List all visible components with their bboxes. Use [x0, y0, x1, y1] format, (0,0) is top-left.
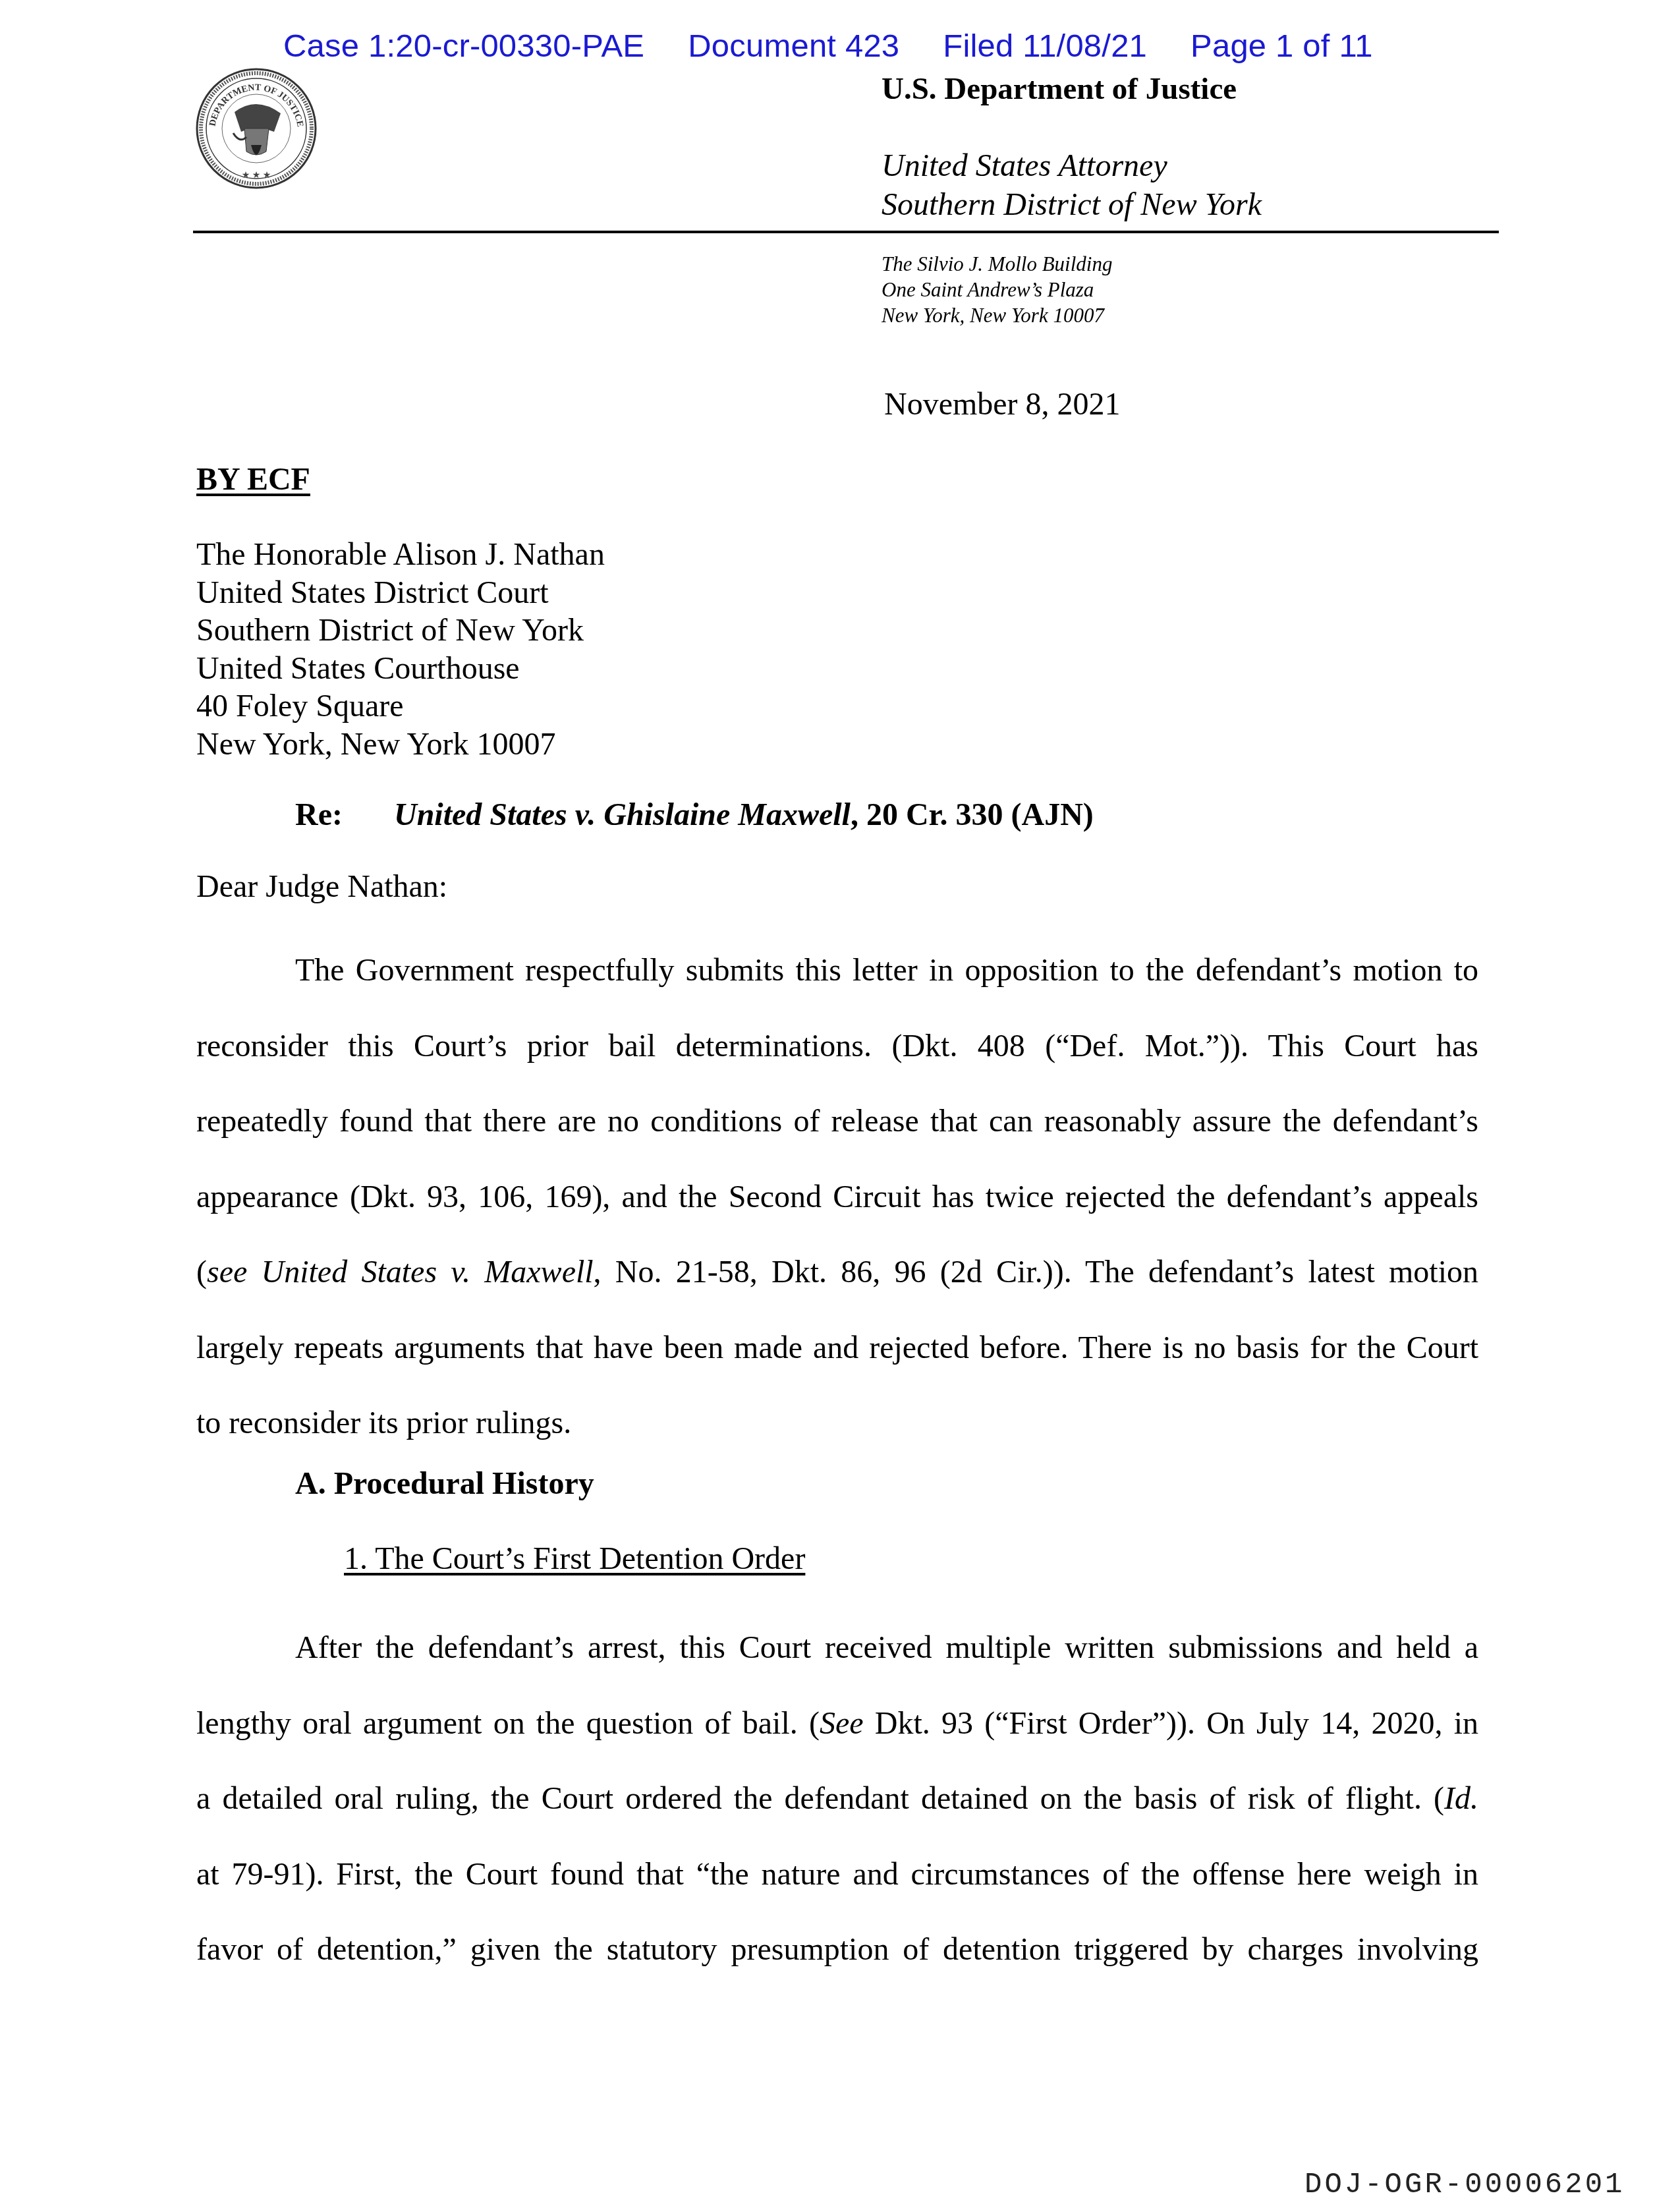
filed-date: Filed 11/08/21 [943, 28, 1147, 65]
text-line: lengthy oral argument on the question of… [196, 1686, 1478, 1762]
text-line: largely repeats arguments that have been… [196, 1311, 1478, 1386]
department-name: U.S. Department of Justice [882, 71, 1237, 107]
case-citation-italic: see United States v. Maxwell [207, 1255, 594, 1290]
recipient-line: New York, New York 10007 [196, 725, 605, 764]
office-address: The Silvio J. Mollo Building One Saint A… [882, 251, 1112, 328]
recipient-line: 40 Foley Square [196, 687, 605, 725]
salutation: Dear Judge Nathan: [196, 868, 447, 905]
recipient-line: United States Courthouse [196, 650, 605, 688]
text-span: ( [196, 1255, 207, 1290]
delivery-method: BY ECF [196, 461, 310, 497]
text-line: After the defendant’s arrest, this Court… [196, 1610, 1478, 1686]
signal-italic: Id. [1444, 1781, 1478, 1816]
svg-text:★ ★ ★: ★ ★ ★ [242, 171, 271, 181]
recipient-address: The Honorable Alison J. Nathan United St… [196, 536, 605, 763]
text-line: (see United States v. Maxwell, No. 21-58… [196, 1235, 1478, 1311]
office-name: United States Attorney Southern District… [882, 146, 1262, 224]
recipient-line: United States District Court [196, 574, 605, 612]
text-span: , No. 21-58, Dkt. 86, 96 (2d Cir.)). The… [594, 1255, 1478, 1290]
filing-stamp: Case 1:20-cr-00330-PAEDocument 423Filed … [283, 28, 1373, 65]
bates-number: DOJ-OGR-00006201 [1304, 2169, 1625, 2201]
subject-label: Re: [295, 797, 394, 833]
document-number: Document 423 [688, 28, 899, 65]
subject-line: Re:United States v. Ghislaine Maxwell, 2… [295, 797, 1094, 833]
address-line-1: The Silvio J. Mollo Building [882, 251, 1112, 277]
text-span: lengthy oral argument on the question of… [196, 1706, 820, 1741]
recipient-line: The Honorable Alison J. Nathan [196, 536, 605, 574]
case-name: United States v. Ghislaine Maxwell [394, 797, 851, 832]
text-span: a detailed oral ruling, the Court ordere… [196, 1781, 1444, 1816]
case-number: Case 1:20-cr-00330-PAE [283, 28, 644, 65]
text-line: repeatedly found that there are no condi… [196, 1084, 1478, 1160]
office-line-1: United States Attorney [882, 146, 1262, 185]
subsection-heading: 1. The Court’s First Detention Order [344, 1541, 805, 1577]
text-line: appearance (Dkt. 93, 106, 169), and the … [196, 1160, 1478, 1235]
doj-seal-icon: ★ ★ ★ DEPARTMENT OF JUSTICE [195, 66, 318, 191]
text-span: Dkt. 93 (“First Order”)). On July 14, 20… [864, 1706, 1478, 1741]
signal-italic: See [820, 1706, 864, 1741]
letterhead-divider [193, 231, 1499, 233]
text-line: reconsider this Court’s prior bail deter… [196, 1009, 1478, 1085]
text-line: to reconsider its prior rulings. [196, 1386, 1478, 1461]
page-indicator: Page 1 of 11 [1190, 28, 1373, 65]
text-line: favor of detention,” given the statutory… [196, 1912, 1478, 1988]
text-line: The Government respectfully submits this… [196, 933, 1478, 1009]
office-line-2: Southern District of New York [882, 185, 1262, 224]
text-line: at 79-91). First, the Court found that “… [196, 1837, 1478, 1913]
text-line: a detailed oral ruling, the Court ordere… [196, 1761, 1478, 1837]
case-citation: , 20 Cr. 330 (AJN) [851, 797, 1094, 832]
address-line-3: New York, New York 10007 [882, 302, 1112, 328]
address-line-2: One Saint Andrew’s Plaza [882, 277, 1112, 302]
recipient-line: Southern District of New York [196, 611, 605, 650]
paragraph-first-detention-order: After the defendant’s arrest, this Court… [196, 1610, 1478, 1988]
section-heading: A. Procedural History [295, 1465, 594, 1502]
paragraph-introduction: The Government respectfully submits this… [196, 933, 1478, 1461]
letter-date: November 8, 2021 [884, 386, 1121, 422]
